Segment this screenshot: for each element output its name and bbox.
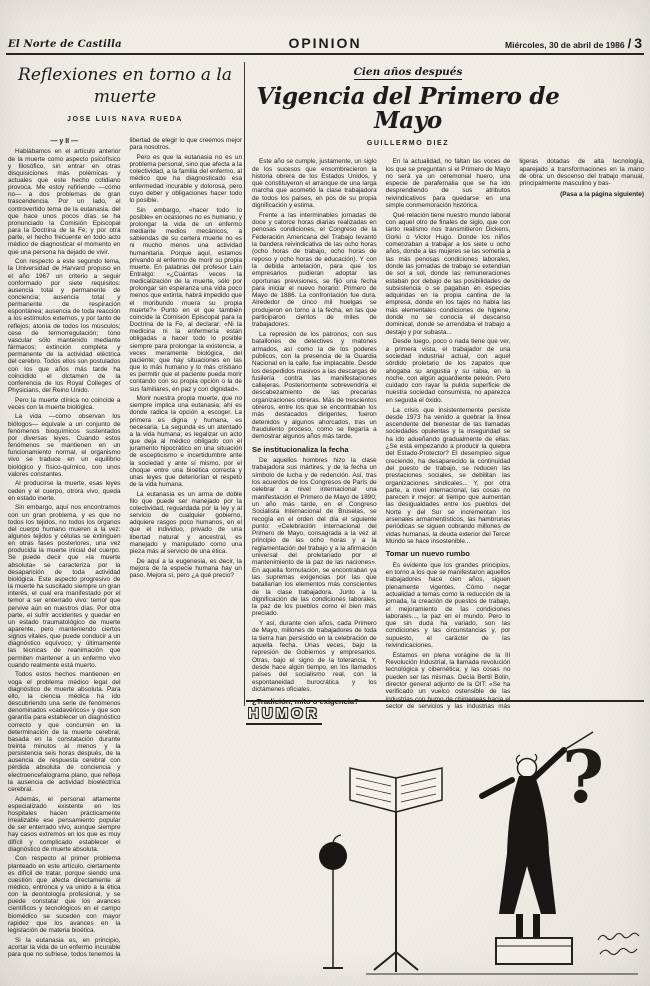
humor-cartoon: ? <box>246 716 644 982</box>
conductor-right-arm <box>534 750 564 778</box>
body-paragraph: Pero es que la eutanasia no es un proble… <box>130 154 243 204</box>
body-subhead: Se institucionaliza la fecha <box>252 446 377 455</box>
body-paragraph: — y II — <box>8 138 121 145</box>
body-paragraph: La crisis que insistentemente persiste d… <box>386 407 511 546</box>
body-paragraph: La represión de los patronos, con sus ba… <box>252 331 377 440</box>
left-article-byline: JOSE LUIS NAVA RUEDA <box>8 116 242 123</box>
podium <box>496 938 572 964</box>
left-article-title: Reflexiones en torno a la muerte <box>18 64 232 108</box>
body-paragraph: Este año se cumple, justamente, un siglo… <box>252 158 377 209</box>
right-article-title: Vigencia del Primero de Mayo <box>252 85 564 133</box>
newspaper-page: El Norte de Castilla OPINION Miércoles, … <box>0 0 650 986</box>
section-title: OPINION <box>288 35 361 51</box>
article-reflexiones: Reflexiones en torno a la muerte JOSE LU… <box>8 64 242 980</box>
page-header: El Norte de Castilla OPINION Miércoles, … <box>8 33 642 51</box>
body-subhead: Tomar un nuevo rumbo <box>386 550 511 559</box>
body-paragraph: Pero la muerte clínica no coincide a vec… <box>8 397 121 411</box>
conductor-leg <box>516 914 523 938</box>
right-article-header: Cien años después Vigencia del Primero d… <box>252 62 564 133</box>
body-paragraph: La eutanasia es un arma de doble filo qu… <box>130 491 243 555</box>
left-article-body: — y II —Hablábamos en el artículo anteri… <box>8 137 242 959</box>
conductor-tailcoat <box>499 854 556 914</box>
body-paragraph: Con respecto al primer problema plantead… <box>8 855 121 934</box>
humor-top-rule <box>246 700 644 702</box>
body-paragraph: Sin embargo, «hacer todo lo posible» en … <box>130 207 243 393</box>
body-paragraph: Y así, durante cien años, cada Primero d… <box>252 620 377 693</box>
body-paragraph: Con respecto a este segundo tema, la Uni… <box>8 258 121 394</box>
body-paragraph: Además, el personal altamente especializ… <box>8 796 121 853</box>
conductor-torso <box>507 776 549 854</box>
body-paragraph: Al producirse la muerte, esas leyes cede… <box>8 480 121 501</box>
header-rule <box>6 53 644 55</box>
kicker: Cien años después <box>354 66 463 80</box>
body-paragraph: (Pasa a la página siguiente) <box>519 191 644 198</box>
body-paragraph: Morir nuestra propia muerte, que no siem… <box>130 395 243 488</box>
bomb-fuse <box>333 835 341 842</box>
body-paragraph: Hablábamos en el artículo anterior de la… <box>8 148 121 255</box>
body-paragraph: Todos estos hechos mantienen en voga el … <box>8 671 121 793</box>
page-number: 3 <box>634 35 642 51</box>
cartoon-drawing: ? <box>246 716 644 982</box>
conductor-left-arm <box>482 780 512 796</box>
body-paragraph: Desde luego, poco o nada tiene que ver, … <box>386 338 511 404</box>
body-paragraph: Es evidente que los grandes principios, … <box>386 562 511 650</box>
dateline: Miércoles, 30 de abril de 1986/3 <box>505 35 642 51</box>
conductor-leg <box>533 914 540 938</box>
body-paragraph: La vida —como observan los biólogos— equ… <box>8 413 121 477</box>
article-vigencia: Cien años después Vigencia del Primero d… <box>252 62 644 710</box>
date-text: Miércoles, 30 de abril de 1986 <box>505 40 625 50</box>
masthead: El Norte de Castilla <box>8 39 122 50</box>
body-paragraph: Sin embargo, aquí nos encontramos con un… <box>8 504 121 669</box>
cartoonist-signature <box>598 933 639 954</box>
body-paragraph: De aquellos hombres hizo la clase trabaj… <box>252 457 377 618</box>
body-paragraph: Frente a las interminables jornadas de d… <box>252 212 377 329</box>
date-separator: / <box>628 36 632 51</box>
right-article-byline: GUILLERMO DIEZ <box>252 140 564 147</box>
body-paragraph: De aquí a la eugenesia, es decir, la mej… <box>130 558 243 579</box>
right-article-body: Este año se cumple, justamente, un siglo… <box>252 158 644 710</box>
column-divider <box>244 62 245 706</box>
question-mark: ? <box>562 734 604 819</box>
body-paragraph: En la actualidad, no faltan las voces de… <box>386 158 511 209</box>
bomb <box>319 835 347 968</box>
body-paragraph: Qué relación tiene nuestro mundo laboral… <box>386 212 511 336</box>
music-stand <box>350 768 442 972</box>
